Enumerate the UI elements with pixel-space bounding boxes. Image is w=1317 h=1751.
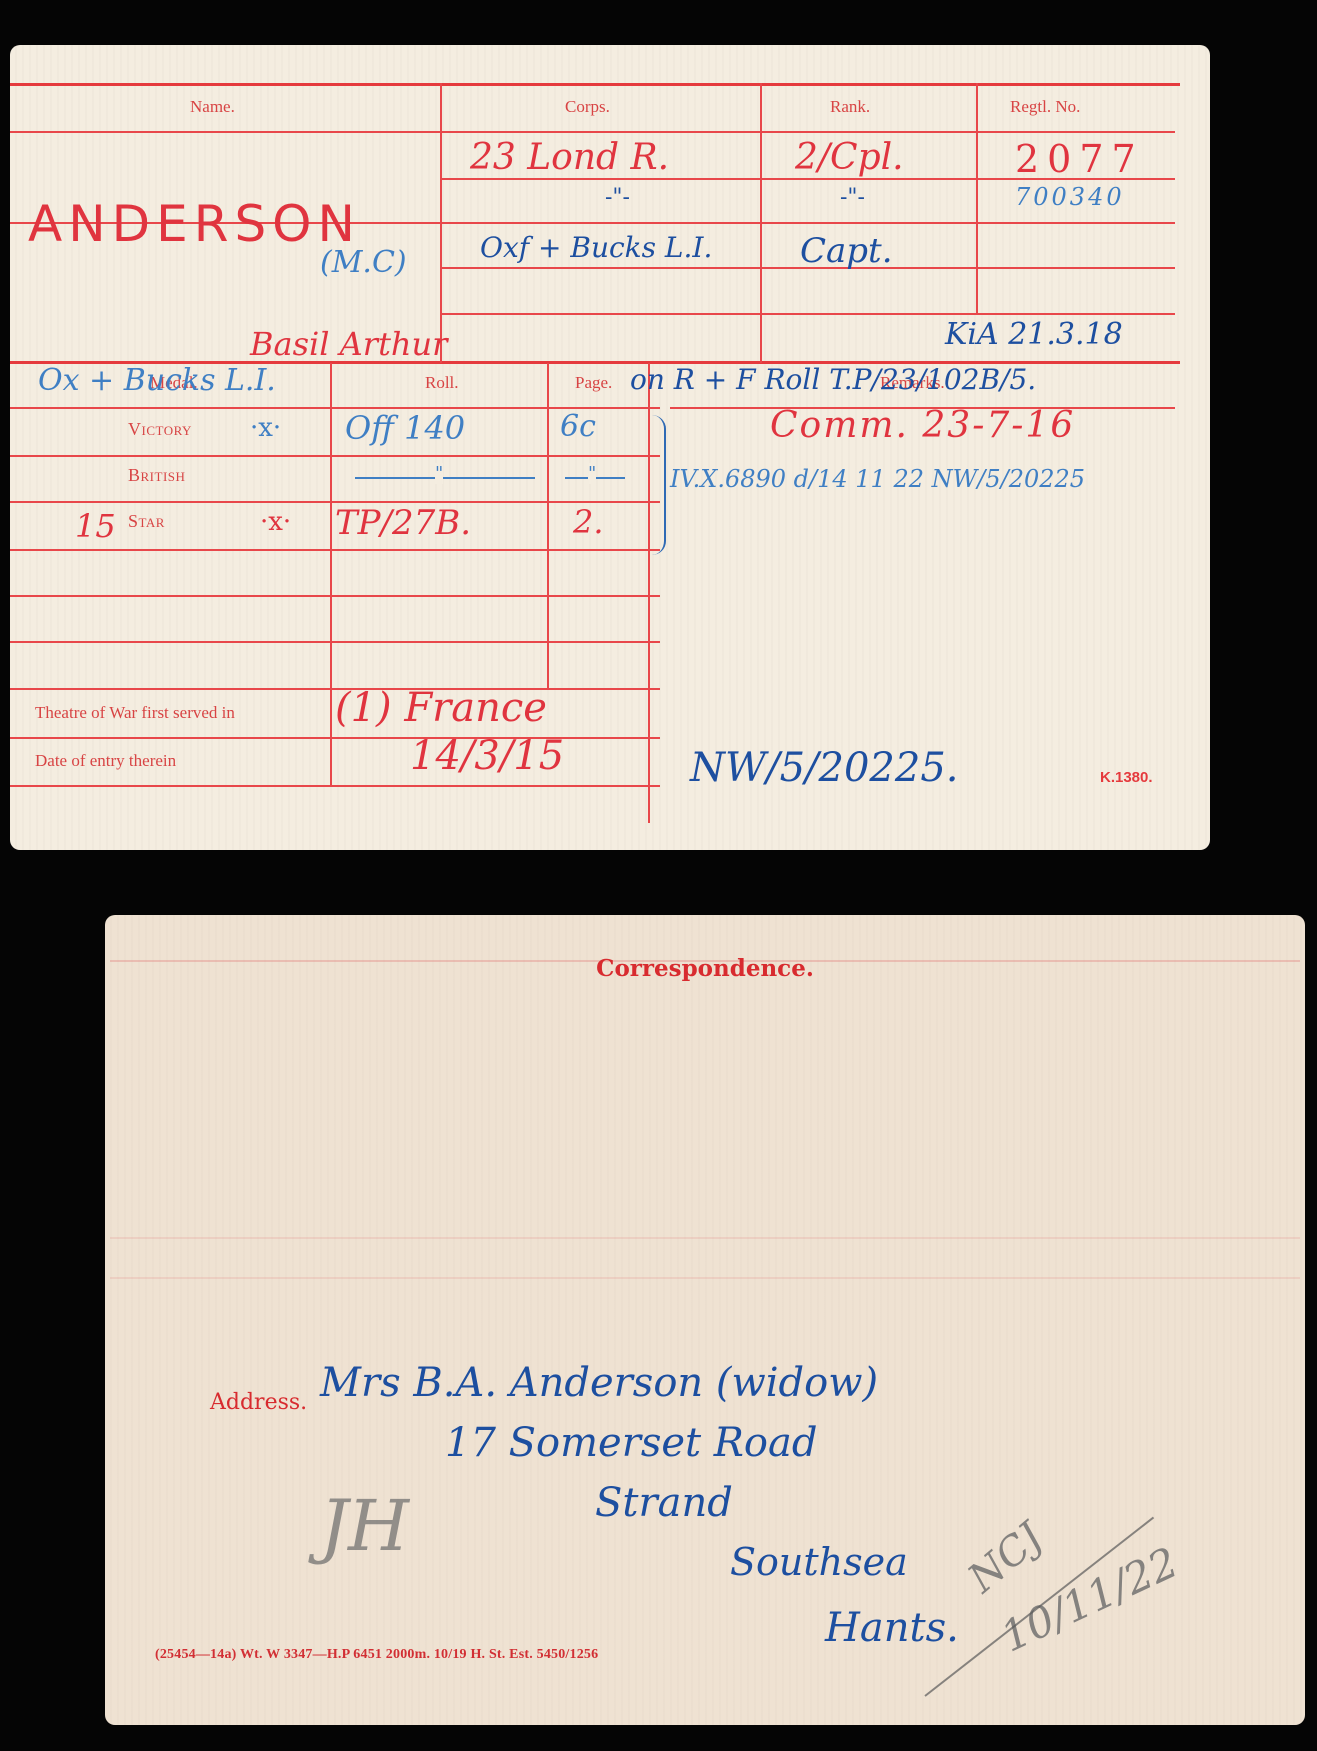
medal-label: Victory [128,419,192,440]
regtl-no-2: 700340 [1015,183,1125,211]
medal-unit-note: Ox + Bucks L.I. [38,363,276,398]
kia-note: KiA 21.3.18 [945,317,1123,352]
roll-value: TP/27B. [335,503,471,543]
date-entry-value: 14/3/15 [410,733,564,779]
correspondence-title: Correspondence. [105,955,1305,982]
footer-print-code: (25454—14a) Wt. W 3347—H.P 6451 2000m. 1… [155,1647,598,1663]
form-code: K.1380. [1100,769,1153,786]
divider [330,363,332,785]
corps-2: Oxf + Bucks L.I. [480,231,712,264]
medal-index-card-back: Correspondence. Address. Mrs B.A. Anders… [105,915,1305,1725]
divider [10,549,660,551]
issued-mark: ·x· [250,413,281,443]
header-page: Page. [575,373,612,393]
divider [10,455,660,457]
header-rank: Rank. [830,97,870,117]
forenames: Basil Arthur [250,325,447,363]
address-line-5: Hants. [825,1605,959,1651]
address-line-4: Southsea [730,1540,908,1584]
divider [760,83,762,363]
corps-1: 23 Lond R. [470,137,669,178]
page-value: 6c [560,409,596,444]
header-roll: Roll. [425,373,459,393]
divider [10,641,660,643]
roll-value: Off 140 [345,409,465,447]
address-label: Address. [210,1390,307,1415]
corps-ditto: -"- [605,185,630,210]
rank-2: Capt. [800,231,893,271]
divider [110,1237,1300,1239]
theatre-label: Theatre of War first served in [35,703,235,723]
header-name: Name. [190,97,235,117]
address-line-3: Strand [595,1480,733,1526]
honour: (M.C) [320,245,407,280]
divider [10,595,660,597]
divider [10,83,1180,86]
page-value: " [588,463,596,484]
medal-index-card-front: Name. Corps. Rank. Regtl. No. ANDERSON (… [10,45,1210,850]
rank-ditto: -"- [840,185,865,210]
pencil-note: NCJ [960,1514,1052,1602]
page-value: 2. [573,503,604,541]
ditto-line [355,477,535,479]
medal-label: Star [128,511,165,532]
divider [547,363,549,688]
surname: ANDERSON [28,195,361,253]
roll-value: " [435,463,443,484]
divider [10,785,660,787]
theatre-value: (1) France [335,685,547,731]
medal-label: British [128,465,185,486]
address-line-1: Mrs B.A. Anderson (widow) [320,1360,878,1406]
divider [976,83,978,313]
issued-mark: ·x· [260,507,291,537]
remarks-line-2: Comm. 23-7-16 [770,405,1075,446]
divider [110,1277,1300,1279]
rank-1: 2/Cpl. [795,137,904,178]
remarks-line-1: on R + F Roll T.P/23/102B/5. [630,363,1036,396]
address-line-2: 17 Somerset Road [445,1420,817,1466]
remarks-line-3: IV.X.6890 d/14 11 22 NW/5/20225 [670,465,1085,493]
bracket [650,415,666,555]
header-corps: Corps. [565,97,610,117]
regtl-no-1: 2077 [1015,137,1144,181]
divider [440,83,442,363]
pencil-initials: JH [320,1485,409,1567]
divider [10,131,1175,133]
medal-prefix: 15 [75,507,116,545]
header-regtl-no: Regtl. No. [1010,97,1080,117]
reference-number: NW/5/20225. [690,745,958,791]
divider [440,313,1175,315]
date-entry-label: Date of entry therein [35,751,176,771]
